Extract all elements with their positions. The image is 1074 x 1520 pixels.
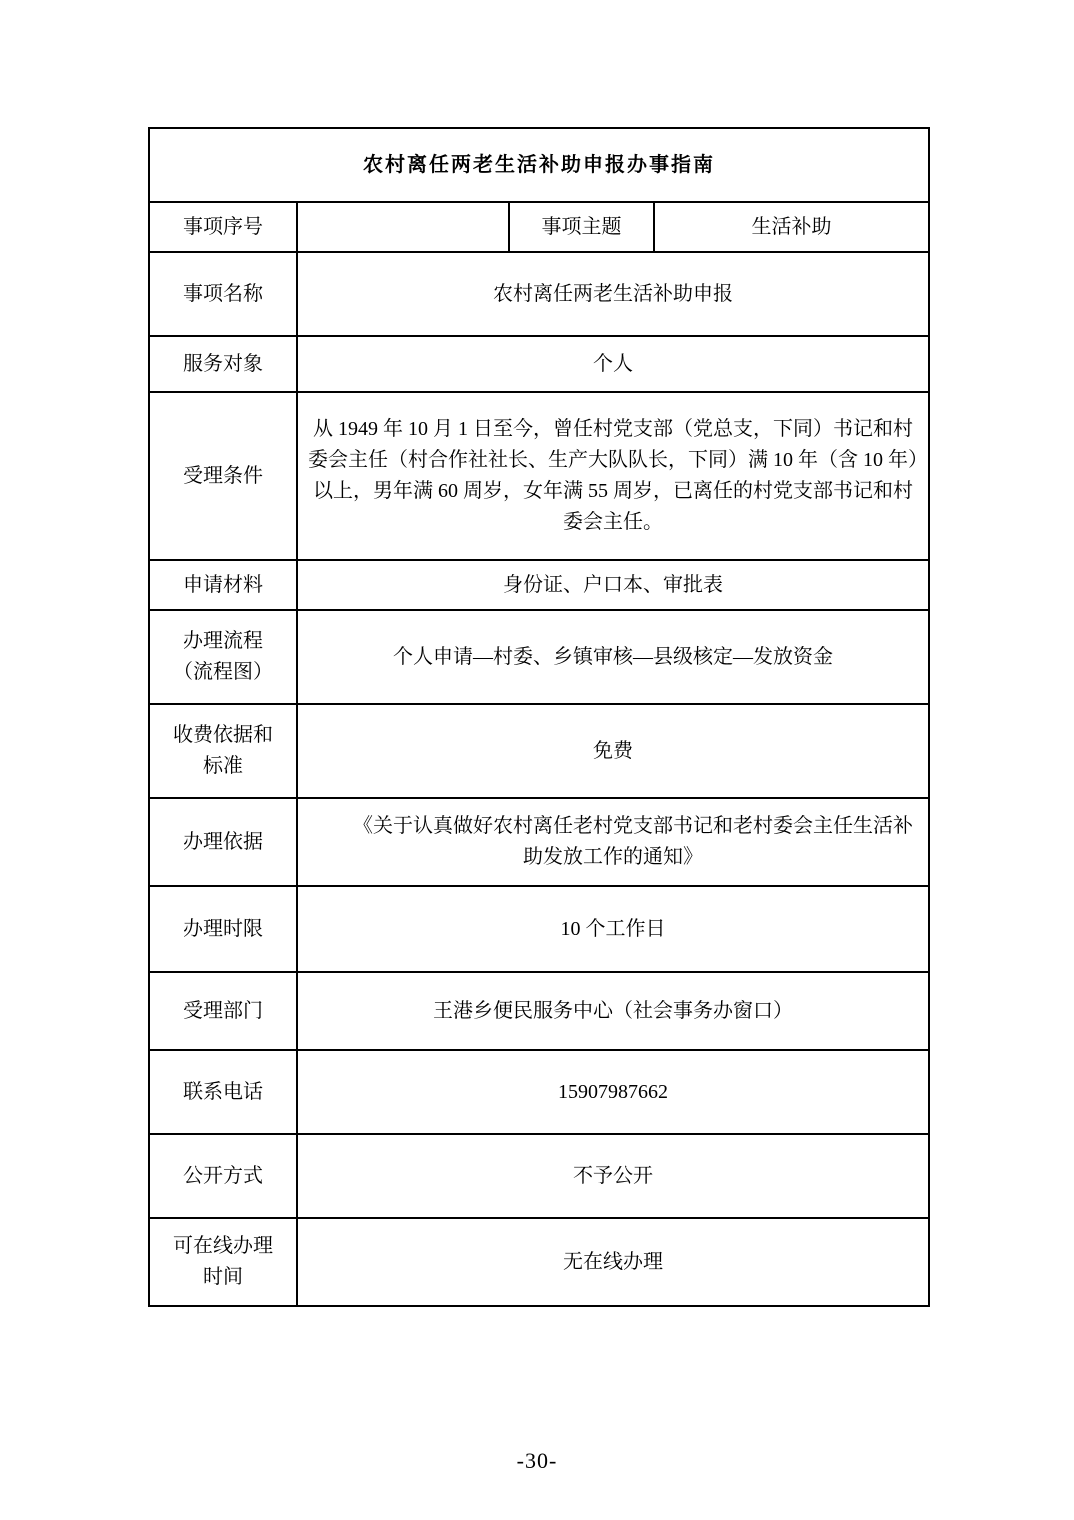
serial-number-value	[297, 202, 509, 252]
row-value: 15907987662	[297, 1050, 929, 1134]
row-value: 个人申请—村委、乡镇审核—县级核定—发放资金	[297, 610, 929, 704]
row-value: 《关于认真做好农村离任老村党支部书记和老村委会主任生活补助发放工作的通知》	[297, 798, 929, 886]
row-label: 可在线办理 时间	[149, 1218, 297, 1306]
row-label: 申请材料	[149, 560, 297, 610]
row-value: 农村离任两老生活补助申报	[297, 252, 929, 336]
table-row-accepting-department: 受理部门 王港乡便民服务中心（社会事务办窗口）	[149, 972, 929, 1050]
row-label: 受理部门	[149, 972, 297, 1050]
row-value: 不予公开	[297, 1134, 929, 1218]
table-row-time-limit: 办理时限 10 个工作日	[149, 886, 929, 972]
row-value: 从 1949 年 10 月 1 日至今，曾任村党支部（党总支，下同）书记和村委会…	[297, 392, 929, 560]
row-label: 办理时限	[149, 886, 297, 972]
row-value: 无在线办理	[297, 1218, 929, 1306]
row-label: 办理流程 （流程图）	[149, 610, 297, 704]
table-row-contact-phone: 联系电话 15907987662	[149, 1050, 929, 1134]
table-row-process-flow: 办理流程 （流程图） 个人申请—村委、乡镇审核—县级核定—发放资金	[149, 610, 929, 704]
row-value: 身份证、户口本、审批表	[297, 560, 929, 610]
header-row: 事项序号 事项主题 生活补助	[149, 202, 929, 252]
row-label: 联系电话	[149, 1050, 297, 1134]
topic-label: 事项主题	[509, 202, 654, 252]
row-label: 公开方式	[149, 1134, 297, 1218]
row-label: 受理条件	[149, 392, 297, 560]
table-row-service-target: 服务对象 个人	[149, 336, 929, 392]
table-row-application-materials: 申请材料 身份证、户口本、审批表	[149, 560, 929, 610]
row-value: 个人	[297, 336, 929, 392]
row-label: 事项名称	[149, 252, 297, 336]
table-row-disclosure-method: 公开方式 不予公开	[149, 1134, 929, 1218]
row-value: 10 个工作日	[297, 886, 929, 972]
row-value: 王港乡便民服务中心（社会事务办窗口）	[297, 972, 929, 1050]
serial-number-label: 事项序号	[149, 202, 297, 252]
row-value: 免费	[297, 704, 929, 798]
table-row-acceptance-conditions: 受理条件 从 1949 年 10 月 1 日至今，曾任村党支部（党总支，下同）书…	[149, 392, 929, 560]
table-row-handling-basis: 办理依据 《关于认真做好农村离任老村党支部书记和老村委会主任生活补助发放工作的通…	[149, 798, 929, 886]
page-number: -30-	[0, 1448, 1074, 1474]
row-label: 办理依据	[149, 798, 297, 886]
row-label: 服务对象	[149, 336, 297, 392]
document-title: 农村离任两老生活补助申报办事指南	[149, 128, 929, 202]
title-row: 农村离任两老生活补助申报办事指南	[149, 128, 929, 202]
table-row-item-name: 事项名称 农村离任两老生活补助申报	[149, 252, 929, 336]
table-row-online-processing-time: 可在线办理 时间 无在线办理	[149, 1218, 929, 1306]
row-label: 收费依据和 标准	[149, 704, 297, 798]
topic-value: 生活补助	[654, 202, 929, 252]
table-row-fee-basis: 收费依据和 标准 免费	[149, 704, 929, 798]
service-guide-table: 农村离任两老生活补助申报办事指南 事项序号 事项主题 生活补助 事项名称 农村离…	[148, 127, 930, 1307]
